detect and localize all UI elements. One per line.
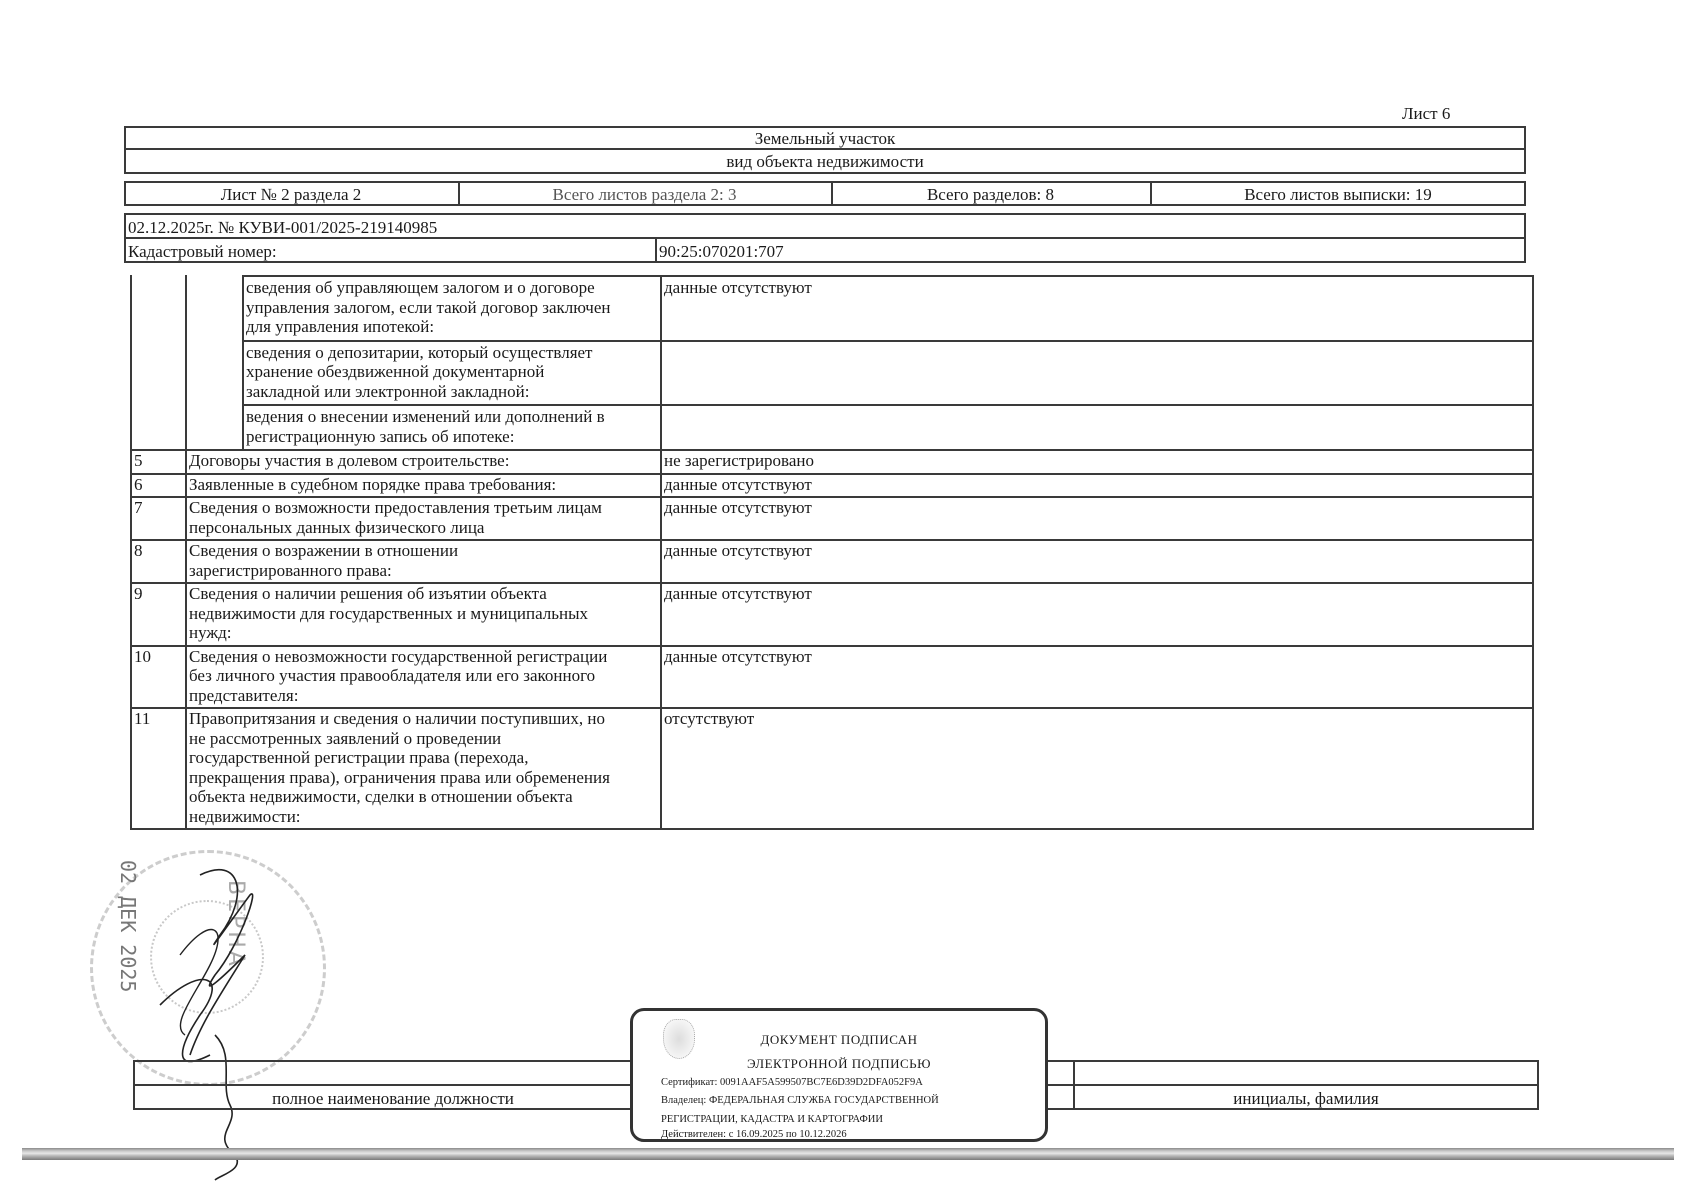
divider [242,340,1532,342]
position-caption: полное наименование должности [133,1089,653,1108]
row-number: 8 [134,541,143,561]
row-label: недвижимости для государственных и муниц… [189,604,588,624]
row-label: нужд: [189,623,232,643]
cadastral-number: 90:25:070201:707 [659,242,784,261]
sub-row-label: сведения об управляющем залогом и о дого… [246,278,595,298]
extract-date-number: 02.12.2025г. № КУВИ-001/2025-219140985 [128,218,437,237]
row-value: данные отсутствуют [664,647,812,667]
row-label: не рассмотренных заявлений о проведении [189,729,501,749]
row-number: 5 [134,451,143,471]
object-type-caption: вид объекта недвижимости [124,152,1526,171]
esign-owner-2: РЕГИСТРАЦИИ, КАДАСТРА И КАРТОГРАФИИ [661,1114,883,1125]
esign-title-2: ЭЛЕКТРОННОЙ ПОДПИСЬЮ [633,1056,1045,1072]
row-value: данные отсутствуют [664,541,812,561]
row-label: Договоры участия в долевом строительстве… [189,451,509,471]
divider [130,275,132,828]
divider [660,275,662,828]
row-label: Сведения о возражении в отношении [189,541,458,561]
sub-row-label: для управления ипотекой: [246,317,434,337]
row-label: Сведения о невозможности государственной… [189,647,607,667]
scan-edge-bar [22,1148,1674,1160]
row-number: 11 [134,709,150,729]
sub-row-label: сведения о депозитарии, который осуществ… [246,343,593,363]
cadastral-label: Кадастровый номер: [128,242,277,261]
divider [242,275,244,449]
row-value: не зарегистрировано [664,451,814,471]
row-label: представителя: [189,686,298,706]
divider [124,237,1526,239]
row-label: Сведения о наличии решения об изъятии об… [189,584,547,604]
esign-title-1: ДОКУМЕНТ ПОДПИСАН [633,1032,1045,1048]
total-section-sheets: Всего листов раздела 2: 3 [458,185,831,204]
total-extract-sheets: Всего листов выписки: 19 [1150,185,1526,204]
sheet-of-section: Лист № 2 раздела 2 [124,185,458,204]
row-value: данные отсутствуют [664,475,812,495]
sub-row-label: управления залогом, если такой договор з… [246,298,611,318]
row-label: без личного участия правообладателя или … [189,666,595,686]
electronic-signature-box: ДОКУМЕНТ ПОДПИСАН ЭЛЕКТРОННОЙ ПОДПИСЬЮ С… [630,1008,1048,1142]
row-label: зарегистрированного права: [189,561,392,581]
divider [1532,275,1534,830]
row-label: Сведения о возможности предоставления тр… [189,498,602,518]
object-name: Земельный участок [124,129,1526,148]
row-label: персональных данных физического лица [189,518,484,538]
divider [242,404,1532,406]
row-number: 9 [134,584,143,604]
divider [655,237,657,263]
row-label: недвижимости: [189,807,301,827]
esign-owner-1: Владелец: ФЕДЕРАЛЬНАЯ СЛУЖБА ГОСУДАРСТВЕ… [661,1095,939,1106]
row-value: данные отсутствуют [664,498,812,518]
divider [242,275,1532,277]
total-sections: Всего разделов: 8 [831,185,1150,204]
divider [185,275,187,828]
sub-row-label: регистрационную запись об ипотеке: [246,427,514,447]
sub-row-label: хранение обездвиженной документарной [246,362,544,382]
sub-row-label: ведения о внесении изменений или дополне… [246,407,605,427]
stamp-date: 02 ДЕК 2025 [116,860,140,992]
sub-row-label: закладной или электронной закладной: [246,382,529,402]
sheet-label: Лист 6 [1402,104,1450,123]
divider [130,828,1534,830]
esign-certificate: Сертификат: 0091AAF5A599507BC7E6D39D2DFA… [661,1077,923,1088]
handwritten-signature-icon [140,855,280,1185]
row-value: данные отсутствуют [664,584,812,604]
row-value: отсутствуют [664,709,754,729]
row-label: прекращения права), ограничения права ил… [189,768,610,788]
esign-valid: Действителен: с 16.09.2025 по 10.12.2026 [661,1129,847,1140]
sub-row-value: данные отсутствуют [664,278,812,298]
divider [124,148,1526,150]
row-label: Заявленные в судебном порядке права треб… [189,475,556,495]
row-number: 10 [134,647,151,667]
row-label: государственной регистрации права (перех… [189,748,528,768]
name-caption: инициалы, фамилия [1073,1089,1539,1108]
row-number: 7 [134,498,143,518]
row-number: 6 [134,475,143,495]
row-label: Правопритязания и сведения о наличии пос… [189,709,605,729]
row-label: объекта недвижимости, сделки в отношении… [189,787,573,807]
